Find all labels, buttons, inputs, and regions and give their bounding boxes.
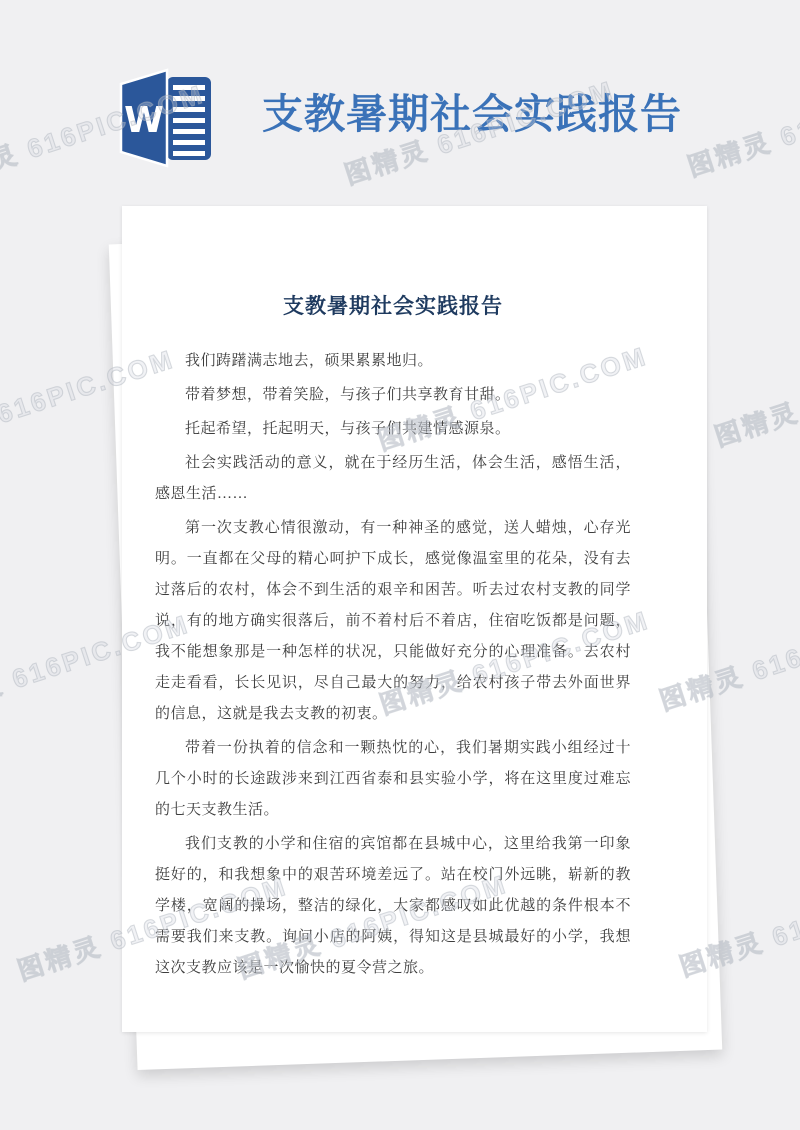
document-page: 支教暑期社会实践报告 我们踌躇满志地去，硕果累累地归。 带着梦想，带着笑脸，与孩… [122,206,707,1032]
doc-paragraph: 第一次支教心情很激动，有一种神圣的感觉，送人蜡烛，心存光明。一直都在父母的精心呵… [155,513,631,730]
word-logo-icon: W [118,68,214,168]
watermark-text: 图精灵 616PIC.COM [709,332,800,454]
doc-paragraph: 我们支教的小学和住宿的宾馆都在县城中心，这里给我第一印象挺好的，和我想象中的艰苦… [155,829,631,984]
document-title: 支教暑期社会实践报告 [155,290,631,320]
word-letter: W [124,100,164,141]
preview-canvas: 支教暑期社会实践报告 我们踌躇满志地去，硕果累累地归。 带着梦想，带着笑脸，与孩… [0,0,800,1130]
doc-paragraph: 托起希望，托起明天，与孩子们共建情感源泉。 [155,414,631,445]
doc-paragraph: 带着梦想，带着笑脸，与孩子们共享教育甘甜。 [155,380,631,411]
page-title: 支教暑期社会实践报告 [262,88,682,140]
doc-paragraph: 带着一份执着的信念和一颗热忱的心，我们暑期实践小组经过十几个小时的长途跋涉来到江… [155,733,631,826]
doc-paragraph: 我们踌躇满志地去，硕果累累地归。 [155,346,631,377]
header: W 支教暑期社会实践报告 [0,0,800,200]
doc-paragraph: 社会实践活动的意义，就在于经历生活，体会生活，感悟生活，感恩生活…… [155,448,631,510]
